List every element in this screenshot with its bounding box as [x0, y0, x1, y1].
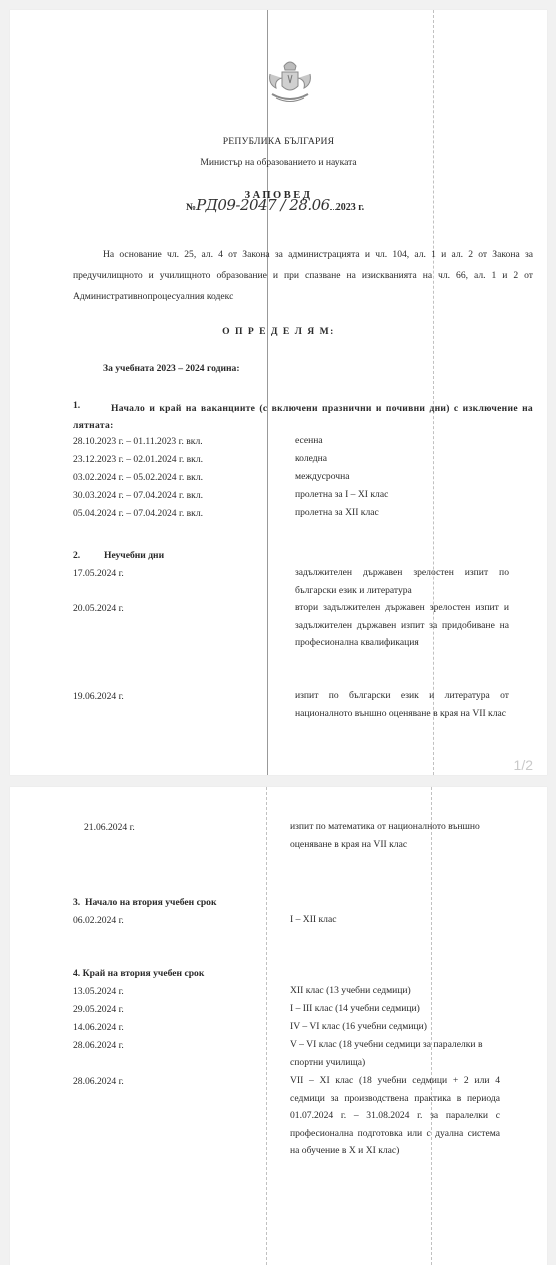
nonschool-row-desc: изпит по математика от националното външ…: [290, 818, 500, 853]
nonschool-row-date: 19.06.2024 г.: [73, 691, 124, 702]
vacation-row-date: 30.03.2024 г. – 07.04.2024 г. вкл.: [73, 490, 203, 501]
nonschool-row-date: 21.06.2024 г.: [84, 822, 135, 833]
section-4-title: Край на втория учебен срок: [83, 968, 205, 979]
term-end-row-date: 28.06.2024 г.: [73, 1076, 124, 1087]
scan-fold-line: [266, 787, 267, 1265]
page-indicator: 1/2: [514, 757, 533, 773]
preamble-paragraph: На основание чл. 25, ал. 4 от Закона за …: [73, 244, 533, 307]
scan-fold-line: [267, 10, 268, 775]
section-4-heading: 4. Край на втория учебен срок: [73, 968, 204, 979]
scan-fold-line: [433, 10, 434, 775]
term-end-row-desc: VII – XI клас (18 учебни седмици + 2 или…: [290, 1072, 500, 1160]
term-end-row-date: 13.05.2024 г.: [73, 986, 124, 997]
nonschool-row-desc: изпит по български език и литература от …: [295, 687, 509, 722]
term-end-row-desc: IV – VI клас (16 учебни седмици): [290, 1018, 504, 1036]
order-number-line: №РД09-2047 / 28.062023 г.: [186, 196, 364, 215]
vacation-row-desc: междусрочна: [295, 468, 509, 486]
country-heading: РЕПУБЛИКА БЪЛГАРИЯ: [10, 136, 547, 147]
nonschool-row-date: 17.05.2024 г.: [73, 568, 124, 579]
section-3-number: 3.: [73, 897, 80, 908]
section-4-number: 4.: [73, 968, 80, 979]
determine-heading: О П Р Е Д Е Л Я М:: [10, 326, 547, 337]
document-page-2: 21.06.2024 г. изпит по математика от нац…: [10, 787, 547, 1265]
nonschool-row-date: 20.05.2024 г.: [73, 603, 124, 614]
vacation-row-date: 03.02.2024 г. – 05.02.2024 г. вкл.: [73, 472, 203, 483]
ministry-heading: Министър на образованието и науката: [10, 157, 547, 168]
vacation-row-date: 05.04.2024 г. – 07.04.2024 г. вкл.: [73, 508, 203, 519]
term-end-row-date: 28.06.2024 г.: [73, 1040, 124, 1051]
nonschool-row-desc: втори задължителен държавен зрелостен из…: [295, 599, 509, 652]
vacation-row-desc: есенна: [295, 432, 509, 450]
vacation-row-date: 28.10.2023 г. – 01.11.2023 г. вкл.: [73, 436, 203, 447]
vacation-row-desc: коледна: [295, 450, 509, 468]
term-end-row-date: 29.05.2024 г.: [73, 1004, 124, 1015]
order-year: 2023 г.: [336, 202, 364, 213]
order-number-handwritten: РД09-2047 / 28.06: [196, 196, 330, 214]
section-2-number: 2.: [73, 550, 80, 561]
school-year-heading: За учебната 2023 – 2024 година:: [103, 363, 240, 374]
term-start-row-desc: I – XII клас: [290, 911, 504, 929]
section-2-title: Неучебни дни: [104, 550, 164, 561]
section-3-title: Начало на втория учебен срок: [85, 897, 216, 908]
section-3-heading: 3. Начало на втория учебен срок: [73, 897, 216, 908]
term-end-row-date: 14.06.2024 г.: [73, 1022, 124, 1033]
vacation-row-desc: пролетна за I – XI клас: [295, 486, 509, 504]
coat-of-arms-icon: [262, 56, 318, 112]
nonschool-row-desc: задължителен държавен зрелостен изпит по…: [295, 564, 509, 599]
vacation-row-desc: пролетна за XII клас: [295, 504, 509, 522]
term-end-row-desc: V – VI клас (18 учебни седмици за парале…: [290, 1036, 500, 1071]
term-start-row-date: 06.02.2024 г.: [73, 915, 124, 926]
section-1-title: Начало и край на ваканциите (с включени …: [73, 400, 533, 434]
term-end-row-desc: XII клас (13 учебни седмици): [290, 982, 504, 1000]
document-page-1: РЕПУБЛИКА БЪЛГАРИЯ Министър на образован…: [10, 10, 547, 775]
vacation-row-date: 23.12.2023 г. – 02.01.2024 г. вкл.: [73, 454, 203, 465]
term-end-row-desc: I – III клас (14 учебни седмици): [290, 1000, 504, 1018]
order-number-prefix: №: [186, 202, 196, 213]
